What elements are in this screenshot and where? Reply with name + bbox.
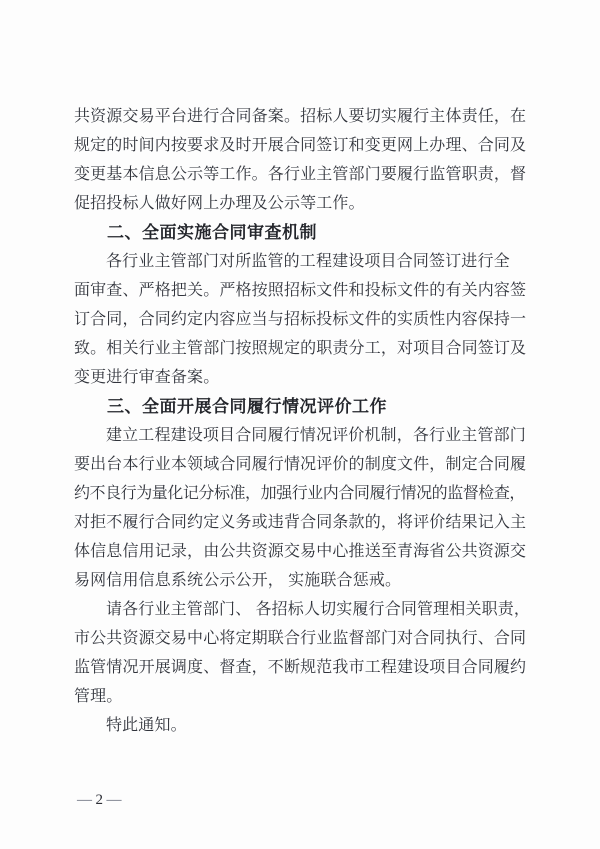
- text-line: 易网信用信息系统公示公开， 实施联合惩戒。: [74, 566, 530, 595]
- text-line: 要出台本行业本领域合同履行情况评价的制度文件，制定合同履: [74, 450, 530, 479]
- text-line: 体信息信用记录，由公共资源交易中心推送至青海省公共资源交: [74, 537, 530, 566]
- text-line: 致。相关行业主管部门按照规定的职责分工，对项目合同签订及: [74, 334, 530, 363]
- page-number-value: 2: [94, 792, 107, 808]
- text-line: 共资源交易平台进行合同备案。招标人要切实履行主体责任，在: [74, 102, 530, 131]
- text-line: 规定的时间内按要求及时开展合同签订和变更网上办理、合同及: [74, 131, 530, 160]
- text-line: 面审查、严格把关。严格按照招标文件和投标文件的有关内容签: [74, 276, 530, 305]
- text-line: 变更基本信息公示等工作。各行业主管部门要履行监管职责，督: [74, 160, 530, 189]
- text-line: 市公共资源交易中心将定期联合行业监督部门对合同执行、合同: [74, 624, 530, 653]
- text-line: 订合同，合同约定内容应当与招标投标文件的实质性内容保持一: [74, 305, 530, 334]
- section-3-heading: 三、全面开展合同履行情况评价工作: [74, 392, 530, 421]
- text-line: 促招投标人做好网上办理及公示等工作。: [74, 189, 530, 218]
- scanned-document-page: 共资源交易平台进行合同备案。招标人要切实履行主体责任，在 规定的时间内按要求及时…: [0, 0, 600, 849]
- section-2-heading: 二、全面实施合同审查机制: [74, 218, 530, 247]
- text-line: 管理。: [74, 682, 530, 711]
- text-line: 建立工程建设项目合同履行情况评价机制，各行业主管部门: [74, 421, 530, 450]
- page-number-dash-left: —: [77, 792, 94, 808]
- text-line: 监管情况开展调度、督查，不断规范我市工程建设项目合同履约: [74, 653, 530, 682]
- text-line: 对拒不履行合同约定义务或违背合同条款的，将评价结果记入主: [74, 508, 530, 537]
- notice-line: 特此通知。: [74, 711, 530, 740]
- text-line: 变更进行审查备案。: [74, 363, 530, 392]
- text-line: 各行业主管部门对所监管的工程建设项目合同签订进行全: [74, 247, 530, 276]
- page-number-dash-right: —: [107, 792, 124, 808]
- document-body: 共资源交易平台进行合同备案。招标人要切实履行主体责任，在 规定的时间内按要求及时…: [74, 102, 530, 740]
- text-line: 请各行业主管部门、 各招标人切实履行合同管理相关职责，: [74, 595, 530, 624]
- text-line: 约不良行为量化记分标准，加强行业内合同履行情况的监督检查，: [74, 479, 530, 508]
- page-number: —2—: [77, 791, 123, 809]
